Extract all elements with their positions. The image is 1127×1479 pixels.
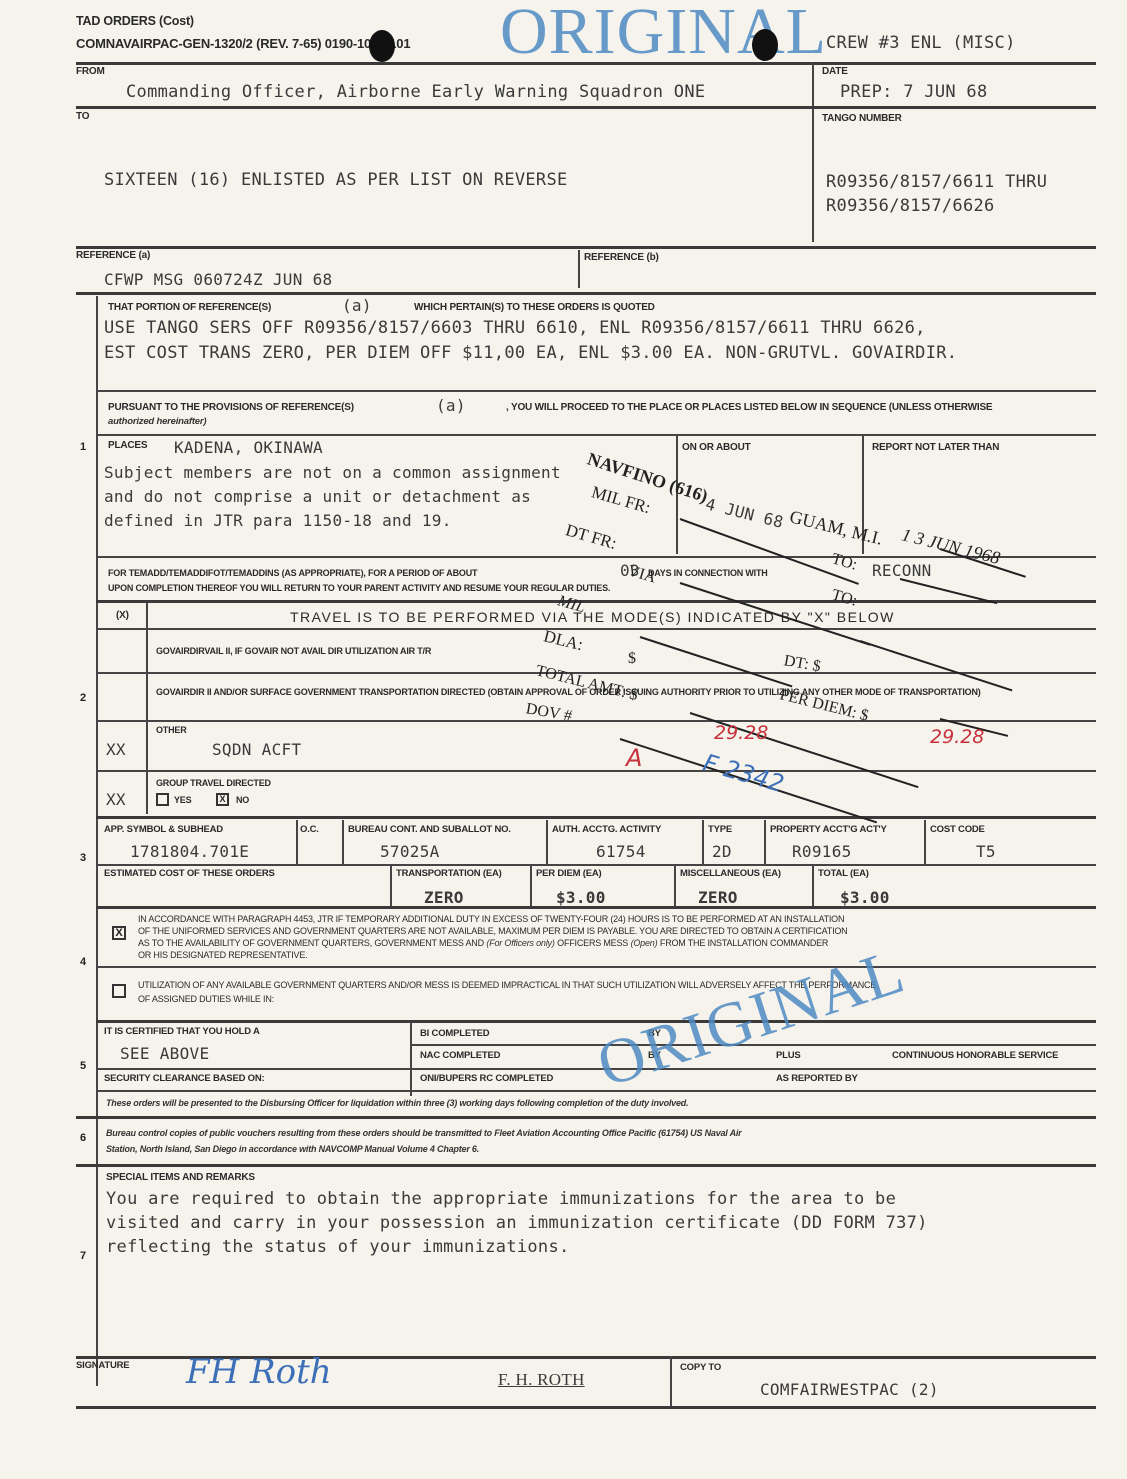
quarters-cert-line4: OR HIS DESIGNATED REPRESENTATIVE. xyxy=(138,950,307,960)
handwritten-total: 29.28 xyxy=(714,722,768,744)
divider xyxy=(546,820,548,864)
signature-label: SIGNATURE xyxy=(76,1360,129,1371)
tango-label: TANGO NUMBER xyxy=(822,113,902,124)
rule xyxy=(96,1068,1096,1070)
rule xyxy=(96,390,1096,392)
stamp-to-1: TO: xyxy=(830,550,859,574)
rule xyxy=(96,1090,1096,1092)
divider xyxy=(670,1356,672,1408)
divider xyxy=(702,820,704,864)
places-label: PLACES xyxy=(108,440,147,451)
rule xyxy=(76,292,1096,295)
col-bureau-value: 57025A xyxy=(380,842,440,861)
divider xyxy=(924,820,926,864)
bi-completed-label: BI COMPLETED xyxy=(420,1028,489,1039)
cost-misc-value: ZERO xyxy=(698,888,738,907)
col-app-symbol-label: APP. SYMBOL & SUBHEAD xyxy=(104,824,223,835)
group-travel-yes-label: YES xyxy=(174,795,191,805)
certified-label: IT IS CERTIFIED THAT YOU HOLD A xyxy=(104,1026,260,1037)
places-remarks-line2: and do not comprise a unit or detachment… xyxy=(104,487,531,506)
completion-text: UPON COMPLETION THEREOF YOU WILL RETURN … xyxy=(108,583,610,593)
report-label: REPORT NOT LATER THAN xyxy=(872,442,999,453)
mode-x-header: (X) xyxy=(116,610,129,621)
cost-per-diem-label: PER DIEM (ea) xyxy=(536,868,602,879)
reference-b-label: REFERENCE (b) xyxy=(584,252,659,263)
col-property-value: R09165 xyxy=(792,842,852,861)
signature-scrawl: FH Roth xyxy=(186,1352,332,1392)
col-cost-code-value: T5 xyxy=(976,842,996,861)
mode-row-3-label: OTHER xyxy=(156,725,187,735)
continuous-service-label: CONTINUOUS HONORABLE SERVICE xyxy=(892,1050,1058,1061)
form-number: COMNAVAIRPAC-GEN-1320/2 (REV. 7-65) 0190… xyxy=(76,36,410,51)
cost-transportation-value: ZERO xyxy=(424,888,464,907)
nac-completed-label: NAC COMPLETED xyxy=(420,1050,500,1061)
rule xyxy=(96,1020,1096,1023)
mode-row-4-mark: XX xyxy=(106,790,126,809)
stamp-line xyxy=(860,640,1013,691)
places-remarks-line3: defined in JTR para 1150-18 and 19. xyxy=(104,511,452,530)
quarters-cert-line3b: (For Officers only) xyxy=(486,938,554,948)
rule xyxy=(76,106,1096,109)
tango-line1: R09356/8157/6611 THRU xyxy=(826,172,1047,192)
tad-orders-document: TAD ORDERS (Cost) COMNAVAIRPAC-GEN-1320/… xyxy=(0,0,1127,1479)
estimated-cost-label: ESTIMATED COST OF THESE ORDERS xyxy=(104,868,275,879)
rule xyxy=(96,770,1096,772)
col-type-label: TYPE xyxy=(708,824,732,835)
divider xyxy=(296,820,298,864)
rule xyxy=(76,1164,1096,1167)
col-type-value: 2D xyxy=(712,842,732,861)
liquidation-notice: These orders will be presented to the Di… xyxy=(106,1098,688,1108)
divider xyxy=(674,864,676,906)
section-number-4: 4 xyxy=(80,956,86,968)
quoted-ref: (a) xyxy=(342,296,372,315)
section-number-2: 2 xyxy=(80,692,86,704)
rule xyxy=(96,906,1096,909)
voucher-notice-line1: Bureau control copies of public vouchers… xyxy=(106,1128,741,1138)
rule xyxy=(96,600,1096,603)
stamp-dov: DOV # xyxy=(524,700,573,726)
cost-total-value: $3.00 xyxy=(840,888,890,907)
stamp-dla: DLA: xyxy=(542,626,585,655)
col-auth-value: 61754 xyxy=(596,842,646,861)
special-remarks-line2: visited and carry in your possession an … xyxy=(106,1213,928,1233)
stamp-via: VIA xyxy=(626,562,658,587)
divider xyxy=(390,864,392,906)
col-bureau-label: BUREAU CONT. AND SUBALLOT NO. xyxy=(348,824,511,835)
mode-row-3-value: SQDN ACFT xyxy=(212,740,301,759)
quarters-cert-line3a: AS TO THE AVAILABILITY OF GOVERNMENT QUA… xyxy=(138,938,484,948)
cost-total-label: TOTAL (ea) xyxy=(818,868,869,879)
cost-per-diem-value: $3.00 xyxy=(556,888,606,907)
quoted-label-post: WHICH PERTAIN(S) TO THESE ORDERS IS QUOT… xyxy=(414,302,655,313)
quoted-label: THAT PORTION OF REFERENCE(S) xyxy=(108,302,271,313)
rule xyxy=(96,434,1096,436)
signer-name: F. H. ROTH xyxy=(498,1370,585,1390)
quarters-cert-checkbox[interactable]: X xyxy=(112,926,126,940)
rule xyxy=(76,1116,1096,1119)
quarters-cert-line3c: OFFICERS MESS xyxy=(557,938,628,948)
group-travel-label: GROUP TRAVEL DIRECTED xyxy=(156,778,271,788)
rule xyxy=(76,62,1096,65)
form-title: TAD ORDERS (Cost) xyxy=(76,14,194,28)
stamp-dla-amount: $ xyxy=(628,650,636,668)
rule xyxy=(76,1406,1096,1409)
copy-to-label: COPY TO xyxy=(680,1362,721,1373)
handwritten-initial: A xyxy=(626,744,642,772)
pursuant-ref: (a) xyxy=(436,396,466,415)
from-label: FROM xyxy=(76,66,105,77)
divider xyxy=(578,250,580,288)
col-cost-code-label: COST CODE xyxy=(930,824,985,835)
special-remarks-line3: reflecting the status of your immunizati… xyxy=(106,1237,570,1257)
copy-to-value: COMFAIRWESTPAC (2) xyxy=(760,1380,939,1399)
quarters-cert-line1: IN ACCORDANCE WITH PARAGRAPH 4453, JTR I… xyxy=(138,914,844,924)
to-label: TO xyxy=(76,111,89,122)
section-number-5: 5 xyxy=(80,1060,86,1072)
mode-row-1-label: GOVAIRDIRVAIL II, IF GOVAIR NOT AVAIL DI… xyxy=(156,646,431,656)
section-number-6: 6 xyxy=(80,1132,86,1144)
mode-row-3-mark: XX xyxy=(106,740,126,759)
quoted-line1: USE TANGO SERS OFF R09356/8157/6603 THRU… xyxy=(104,318,926,338)
impractical-checkbox[interactable] xyxy=(112,984,126,998)
group-travel-yes-checkbox[interactable] xyxy=(156,793,169,806)
places-value: KADENA, OKINAWA xyxy=(174,438,323,457)
divider xyxy=(530,864,532,906)
rule xyxy=(96,672,1096,674)
original-stamp-lower: ORIGINAL xyxy=(589,934,914,1102)
pursuant-label: PURSUANT TO THE PROVISIONS OF REFERENCE(… xyxy=(108,402,354,413)
pursuant-label-post: , YOU WILL PROCEED TO THE PLACE OR PLACE… xyxy=(506,402,992,413)
period-label-post: DAYS IN CONNECTION WITH xyxy=(648,568,768,578)
rule xyxy=(76,246,1096,249)
divider xyxy=(342,820,344,864)
reference-a-value: CFWP MSG 060724Z JUN 68 xyxy=(104,270,332,289)
from-value: Commanding Officer, Airborne Early Warni… xyxy=(126,82,705,102)
stamp-dt-fr: DT FR: xyxy=(563,520,619,554)
section-number-7: 7 xyxy=(80,1250,86,1262)
plus-label: PLUS xyxy=(776,1050,801,1061)
places-remarks-line1: Subject members are not on a common assi… xyxy=(104,463,561,482)
left-margin-rule xyxy=(96,296,98,1386)
handwritten-per-diem: 29.28 xyxy=(930,726,984,748)
special-remarks-label: SPECIAL ITEMS AND REMARKS xyxy=(106,1172,255,1183)
quarters-cert-line2: OF THE UNIFORMED SERVICES AND GOVERNMENT… xyxy=(138,926,848,936)
punch-hole-left xyxy=(369,30,395,62)
stamp-to-2: TO: xyxy=(830,586,859,610)
divider xyxy=(410,1022,412,1096)
voucher-notice-line2: Station, North Island, San Diego in acco… xyxy=(106,1144,479,1154)
original-stamp: ORIGINAL xyxy=(500,0,827,70)
group-travel-no-label: NO xyxy=(236,795,249,805)
cost-misc-label: MISCELLANEOUS (ea) xyxy=(680,868,781,879)
rule xyxy=(96,966,1096,968)
section-number-3: 3 xyxy=(80,852,86,864)
to-value: SIXTEEN (16) ENLISTED AS PER LIST ON REV… xyxy=(104,170,568,190)
divider xyxy=(146,602,148,814)
clearance-label: SECURITY CLEARANCE BASED ON: xyxy=(104,1073,265,1084)
rule xyxy=(96,864,1096,866)
tango-line2: R09356/8157/6626 xyxy=(826,196,995,216)
reference-a-label: REFERENCE (a) xyxy=(76,250,150,261)
cost-transportation-label: TRANSPORTATION (ea) xyxy=(396,868,502,879)
col-oc-label: O.C. xyxy=(300,824,319,835)
punch-hole-right xyxy=(752,29,778,61)
impractical-line2: OF ASSIGNED DUTIES WHILE IN: xyxy=(138,994,274,1004)
on-or-about-value: 4 JUN 68 xyxy=(704,494,786,532)
stamp-location: GUAM, M.I. xyxy=(787,506,884,549)
quoted-line2: EST COST TRANS ZERO, PER DIEM OFF $11,00… xyxy=(104,343,957,363)
crew-designation: CREW #3 ENL (MISC) xyxy=(826,33,1016,53)
quarters-cert-line3: AS TO THE AVAILABILITY OF GOVERNMENT QUA… xyxy=(138,938,828,948)
date-value: PREP: 7 JUN 68 xyxy=(840,82,988,102)
divider xyxy=(812,864,814,906)
group-travel-no-checkbox[interactable]: X xyxy=(216,793,229,806)
reported-by-label: AS REPORTED BY xyxy=(776,1073,858,1084)
divider xyxy=(812,62,814,242)
pursuant-tail: authorized hereinafter) xyxy=(108,416,206,427)
date-label: DATE xyxy=(822,66,848,77)
period-purpose: RECONN xyxy=(872,561,932,580)
divider xyxy=(764,820,766,864)
on-or-about-label: ON OR ABOUT xyxy=(682,442,751,453)
quarters-cert-line3e: FROM THE INSTALLATION COMMANDER xyxy=(660,938,828,948)
rule xyxy=(96,816,1096,819)
special-remarks-line1: You are required to obtain the appropria… xyxy=(106,1189,896,1209)
col-property-label: PROPERTY ACCT'G ACT'Y xyxy=(770,824,887,835)
quarters-cert-line3d: (Open) xyxy=(631,938,658,948)
period-label: FOR TEMADD/TEMADDIFOT/TEMADDINS (as appr… xyxy=(108,568,477,578)
handwritten-voucher: F 2342 xyxy=(700,749,787,799)
certified-value: SEE ABOVE xyxy=(120,1044,209,1063)
col-auth-label: AUTH. ACCTG. ACTIVITY xyxy=(552,824,661,835)
oni-completed-label: ONI/BUPERS RC COMPLETED xyxy=(420,1073,553,1084)
rule xyxy=(96,628,1096,630)
stamp-line xyxy=(640,636,793,687)
section-number-1: 1 xyxy=(80,441,86,453)
col-app-symbol-value: 1781804.701E xyxy=(130,842,249,861)
